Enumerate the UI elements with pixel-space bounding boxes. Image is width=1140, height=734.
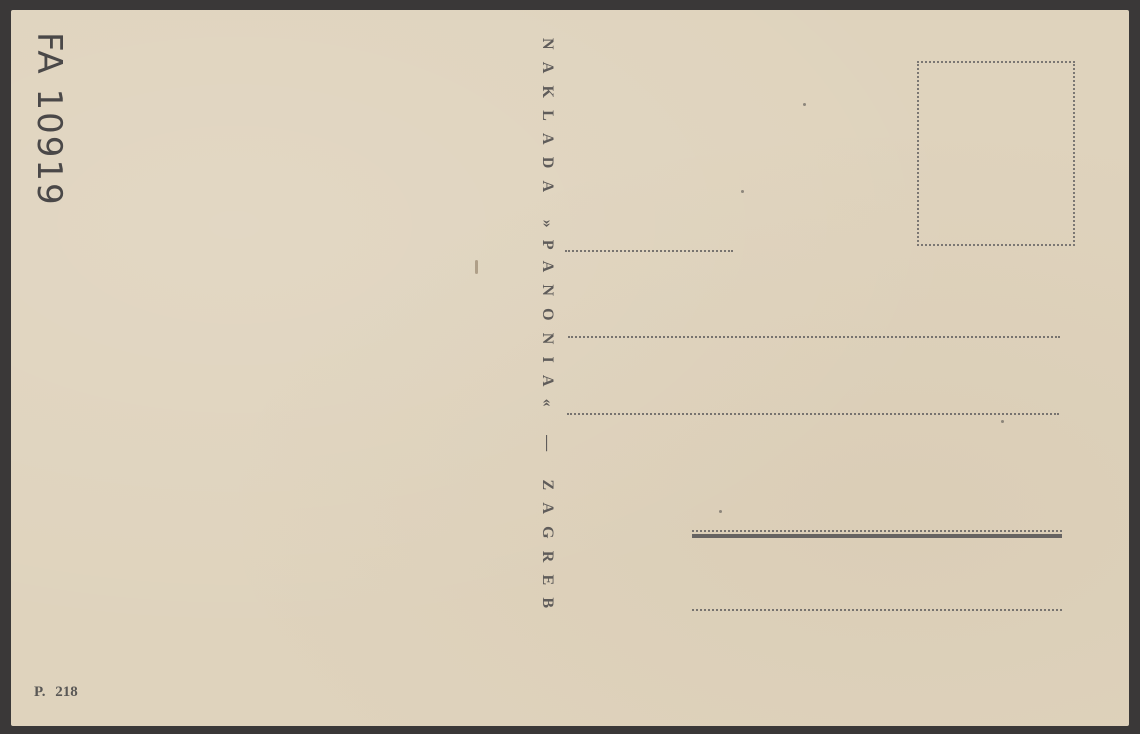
catalog-number: P. 218 xyxy=(34,684,78,701)
paper-speck xyxy=(719,510,722,513)
handwritten-inventory-number: FA 10919 xyxy=(29,32,69,272)
publisher-imprint: NAKLADA »PANONIA« — ZAGREB xyxy=(535,38,559,688)
stamp-box xyxy=(917,61,1075,246)
paper-speck xyxy=(475,260,478,274)
address-line-5 xyxy=(692,609,1062,611)
paper-speck xyxy=(741,190,744,193)
postcard-back: FA 10919 NAKLADA »PANONIA« — ZAGREB P. 2… xyxy=(11,10,1129,726)
paper-speck xyxy=(803,103,806,106)
address-line-2 xyxy=(568,336,1060,338)
address-line-4-rule xyxy=(692,534,1062,538)
address-line-1 xyxy=(565,250,733,252)
address-line-3 xyxy=(567,413,1059,415)
paper-speck xyxy=(1001,420,1004,423)
address-line-4-dotted xyxy=(692,530,1062,532)
